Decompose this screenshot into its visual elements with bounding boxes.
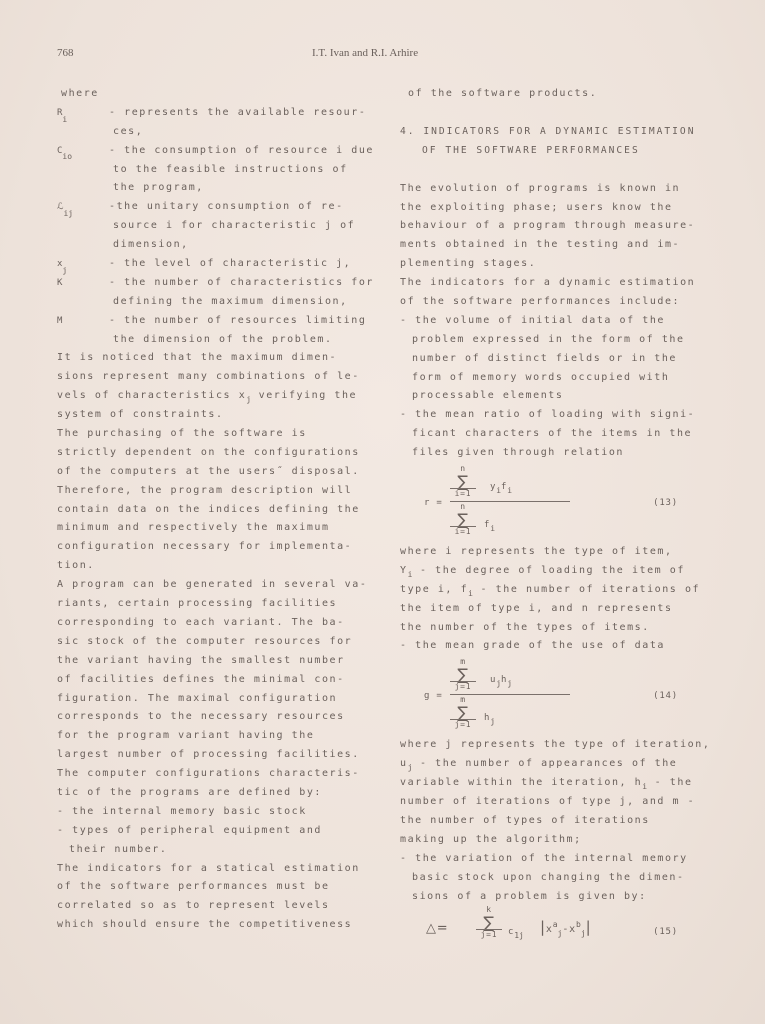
- text-line: the number of the types of items.: [400, 619, 720, 638]
- definition-text: -the unitary consumption of re-: [109, 201, 344, 212]
- page-header: 768 I.T. Ivan and R.I. Arhire: [0, 47, 765, 63]
- definition-symbol: M: [57, 312, 109, 331]
- symbol-subscript: ij: [63, 209, 73, 218]
- subscript: i: [490, 524, 495, 533]
- sigma-symbol: ∑: [450, 513, 476, 527]
- definition-line: xj- the level of characteristic j,: [57, 255, 387, 274]
- summation: k∑j=1: [476, 906, 502, 946]
- text-line: sic stock of the computer resources for: [57, 633, 387, 652]
- numerator: n∑i=1yifi: [450, 465, 570, 501]
- definition-line: dimension,: [57, 236, 387, 255]
- definition-line: the dimension of the problem.: [57, 331, 387, 350]
- text-line: Yi - the degree of loading the item of: [400, 562, 720, 581]
- definition-symbol: K: [57, 274, 109, 293]
- subscript: j: [496, 679, 501, 688]
- text-line: contain data on the indices defining the: [57, 501, 387, 520]
- text-line: the number of types of iterations: [400, 812, 720, 831]
- equation-13-explanation: where i represents the type of item,Yi -…: [400, 543, 720, 656]
- text-line: of the software performances include:: [400, 293, 720, 312]
- text-line: vels of characteristics xj verifying the: [57, 387, 387, 406]
- sum-lower-limit: j=1: [450, 719, 476, 729]
- text-line: The purchasing of the software is: [57, 425, 387, 444]
- definition-text: - the number of characteristics for: [109, 277, 374, 288]
- definition-text: - the number of resources limiting: [109, 315, 366, 326]
- definition-line: Ri- represents the available resour-: [57, 104, 387, 123]
- text-line: the item of type i, and n represents: [400, 600, 720, 619]
- paragraph-statical-indicators: The indicators for a statical estimation…: [57, 860, 387, 936]
- page-number: 768: [57, 47, 74, 59]
- text-line: variable within the iteration, hi - the: [400, 774, 720, 793]
- superscript: a: [553, 920, 558, 929]
- subscript: j: [490, 717, 495, 726]
- text-line: tic of the programs are defined by:: [57, 784, 387, 803]
- paragraph-program-variants: A program can be generated in several va…: [57, 576, 387, 803]
- bullet-line: sions of a problem is given by:: [400, 888, 720, 907]
- numerator-term: yifi: [490, 478, 512, 497]
- definition-symbol: Cio: [57, 142, 109, 164]
- denominator: m∑j=1hj: [450, 696, 570, 732]
- definition-text: - the level of characteristic j,: [109, 258, 351, 269]
- sigma-symbol: ∑: [450, 475, 476, 489]
- text-line: The computer configurations characteris-: [57, 765, 387, 784]
- bullet-line: problem expressed in the form of the: [400, 331, 720, 350]
- configuration-bullets: - the internal memory basic stock- types…: [57, 803, 387, 860]
- equation-14: g =m∑j=1ujhjm∑j=1hj(14): [400, 656, 720, 736]
- text-line: The indicators for a dynamic estimation: [400, 274, 720, 293]
- text-line: - the mean grade of the use of data: [400, 637, 720, 656]
- subscript: i: [642, 782, 647, 791]
- text-line: A program can be generated in several va…: [57, 576, 387, 595]
- text-line: uj - the number of appearances of the: [400, 755, 720, 774]
- text-line: which should ensure the competitiveness: [57, 916, 387, 935]
- text-line: It is noticed that the maximum dimen-: [57, 349, 387, 368]
- definition-line: to the feasible instructions of: [57, 161, 387, 180]
- sum-lower-limit: i=1: [450, 526, 476, 536]
- paragraph-maximum-dimensions: It is noticed that the maximum dimen-sio…: [57, 349, 387, 425]
- text-line: strictly dependent on the configurations: [57, 444, 387, 463]
- definition-line: K- the number of characteristics for: [57, 274, 387, 293]
- subscript: i: [507, 486, 512, 495]
- subscript: j: [408, 763, 413, 772]
- text-line: tion.: [57, 557, 387, 576]
- delta-lhs: △=: [426, 920, 449, 939]
- text-line: configuration necessary for implementa-: [57, 538, 387, 557]
- denominator-term: hj: [484, 709, 495, 728]
- bullet-line: their number.: [57, 841, 387, 860]
- bullet-line: - the volume of initial data of the: [400, 312, 720, 331]
- equation-14-explanation: where j represents the type of iteration…: [400, 736, 720, 849]
- bullet-line: - the internal memory basic stock: [57, 803, 387, 822]
- fraction-bar: [450, 694, 570, 695]
- sum-lower-limit: j=1: [450, 681, 476, 691]
- right-column: of the software products. 4. INDICATORS …: [400, 85, 720, 944]
- definition-line: Cio- the consumption of resource i due: [57, 142, 387, 161]
- text-line: plementing stages.: [400, 255, 720, 274]
- subscript: i: [468, 589, 473, 598]
- subscript: j: [246, 395, 251, 404]
- definition-line: defining the maximum dimension,: [57, 293, 387, 312]
- bullet-line: - types of peripheral equipment and: [57, 822, 387, 841]
- definition-list: Ri- represents the available resour-ces,…: [57, 104, 387, 350]
- bullet-line: basic stock upon changing the dimen-: [400, 869, 720, 888]
- equation-number: (15): [653, 923, 678, 942]
- definition-line: ℒij-the unitary consumption of re-: [57, 198, 387, 217]
- text-line: riants, certain processing facilities: [57, 595, 387, 614]
- denominator-term: fi: [484, 516, 495, 535]
- sum-lower-limit: i=1: [450, 488, 476, 498]
- definition-line: M- the number of resources limiting: [57, 312, 387, 331]
- text-line: sions represent many combinations of le-: [57, 368, 387, 387]
- text-line: behaviour of a program through measure-: [400, 217, 720, 236]
- bullet-line: files given through relation: [400, 444, 720, 463]
- bullet-memory-variation: - the variation of the internal memoryba…: [400, 850, 720, 907]
- bullet-line: processable elements: [400, 387, 720, 406]
- sigma-symbol: ∑: [450, 706, 476, 720]
- bullet-line: - the mean ratio of loading with signi-: [400, 406, 720, 425]
- text-line: corresponding to each variant. The ba-: [57, 614, 387, 633]
- symbol-subscript: io: [62, 152, 72, 161]
- definition-symbol: ℒij: [57, 198, 109, 220]
- sigma-symbol: ∑: [476, 916, 502, 930]
- text-line: where j represents the type of iteration…: [400, 736, 720, 755]
- bullet-line: form of memory words occupied with: [400, 369, 720, 388]
- definition-line: source i for characteristic j of: [57, 217, 387, 236]
- section-heading-cont: OF THE SOFTWARE PERFORMANCES: [400, 142, 720, 161]
- subscript: j: [507, 679, 512, 688]
- subscript: 1j: [514, 931, 524, 940]
- symbol-subscript: i: [62, 115, 67, 124]
- abs-bar: |: [540, 918, 546, 936]
- paragraph-purchasing: The purchasing of the software isstrictl…: [57, 425, 387, 576]
- subscript: j: [558, 929, 563, 938]
- text-line: for the program variant having the: [57, 727, 387, 746]
- fraction: m∑j=1ujhjm∑j=1hj: [450, 658, 570, 732]
- definition-symbol: Ri: [57, 104, 109, 126]
- text-line: ments obtained in the testing and im-: [400, 236, 720, 255]
- fraction: n∑i=1yifin∑i=1fi: [450, 465, 570, 539]
- absolute-difference: |xaj-xbj|: [540, 918, 592, 940]
- text-line: system of constraints.: [57, 406, 387, 425]
- text-line: number of iterations of type j, and m -: [400, 793, 720, 812]
- numerator-term: ujhj: [490, 671, 512, 690]
- continuation-text: of the software products.: [400, 85, 720, 104]
- bullet-line: - the variation of the internal memory: [400, 850, 720, 869]
- equation-number: (14): [653, 687, 678, 706]
- numerator: m∑j=1ujhj: [450, 658, 570, 694]
- text-line: figuration. The maximal configuration: [57, 690, 387, 709]
- equation-lhs: g =: [424, 687, 443, 706]
- bullet-line: ficant characters of the items in the: [400, 425, 720, 444]
- equation-15: △=k∑j=1c1j|xaj-xbj|(15): [400, 906, 720, 944]
- equation-lhs: r =: [424, 494, 443, 513]
- denominator: n∑i=1fi: [450, 503, 570, 539]
- equation-number: (13): [653, 494, 678, 513]
- text-line: correlated so as to represent levels: [57, 897, 387, 916]
- text-line: of the software performances must be: [57, 878, 387, 897]
- sigma-symbol: ∑: [450, 668, 476, 682]
- bullet-initial-data: - the volume of initial data of theprobl…: [400, 312, 720, 406]
- page: 768 I.T. Ivan and R.I. Arhire where Ri- …: [0, 0, 765, 1024]
- text-line: type i, fi - the number of iterations of: [400, 581, 720, 600]
- text-line: largest number of processing facilities.: [57, 746, 387, 765]
- subscript: i: [408, 570, 413, 579]
- bullet-loading-ratio: - the mean ratio of loading with signi-f…: [400, 406, 720, 463]
- text-line: where i represents the type of item,: [400, 543, 720, 562]
- equation-13: r =n∑i=1yifin∑i=1fi(13): [400, 463, 720, 543]
- text-line: The indicators for a statical estimation: [57, 860, 387, 879]
- left-column: where Ri- represents the available resou…: [57, 85, 387, 935]
- where-label: where: [57, 85, 387, 104]
- abs-bar: |: [586, 918, 592, 936]
- text-line: Therefore, the program description will: [57, 482, 387, 501]
- text-line: of facilities defines the minimal con-: [57, 671, 387, 690]
- text-line: the exploiting phase; users know the: [400, 199, 720, 218]
- bullet-line: number of distinct fields or in the: [400, 350, 720, 369]
- text-line: of the computers at the users˝ disposal.: [57, 463, 387, 482]
- fraction-bar: [450, 501, 570, 502]
- definition-text: - the consumption of resource i due: [109, 145, 374, 156]
- text-line: the variant having the smallest number: [57, 652, 387, 671]
- definition-text: - represents the available resour-: [109, 107, 366, 118]
- sum-lower-limit: j=1: [476, 929, 502, 939]
- subscript: i: [496, 486, 501, 495]
- running-head: I.T. Ivan and R.I. Arhire: [312, 47, 418, 59]
- text-line: corresponds to the necessary resources: [57, 708, 387, 727]
- text-line: minimum and respectively the maximum: [57, 519, 387, 538]
- definition-line: ces,: [57, 123, 387, 142]
- definition-line: the program,: [57, 179, 387, 198]
- section-heading: 4. INDICATORS FOR A DYNAMIC ESTIMATION: [400, 123, 720, 142]
- paragraph-evolution: The evolution of programs is known inthe…: [400, 180, 720, 312]
- text-line: The evolution of programs is known in: [400, 180, 720, 199]
- coefficient: c1j: [508, 923, 524, 942]
- text-line: making up the algorithm;: [400, 831, 720, 850]
